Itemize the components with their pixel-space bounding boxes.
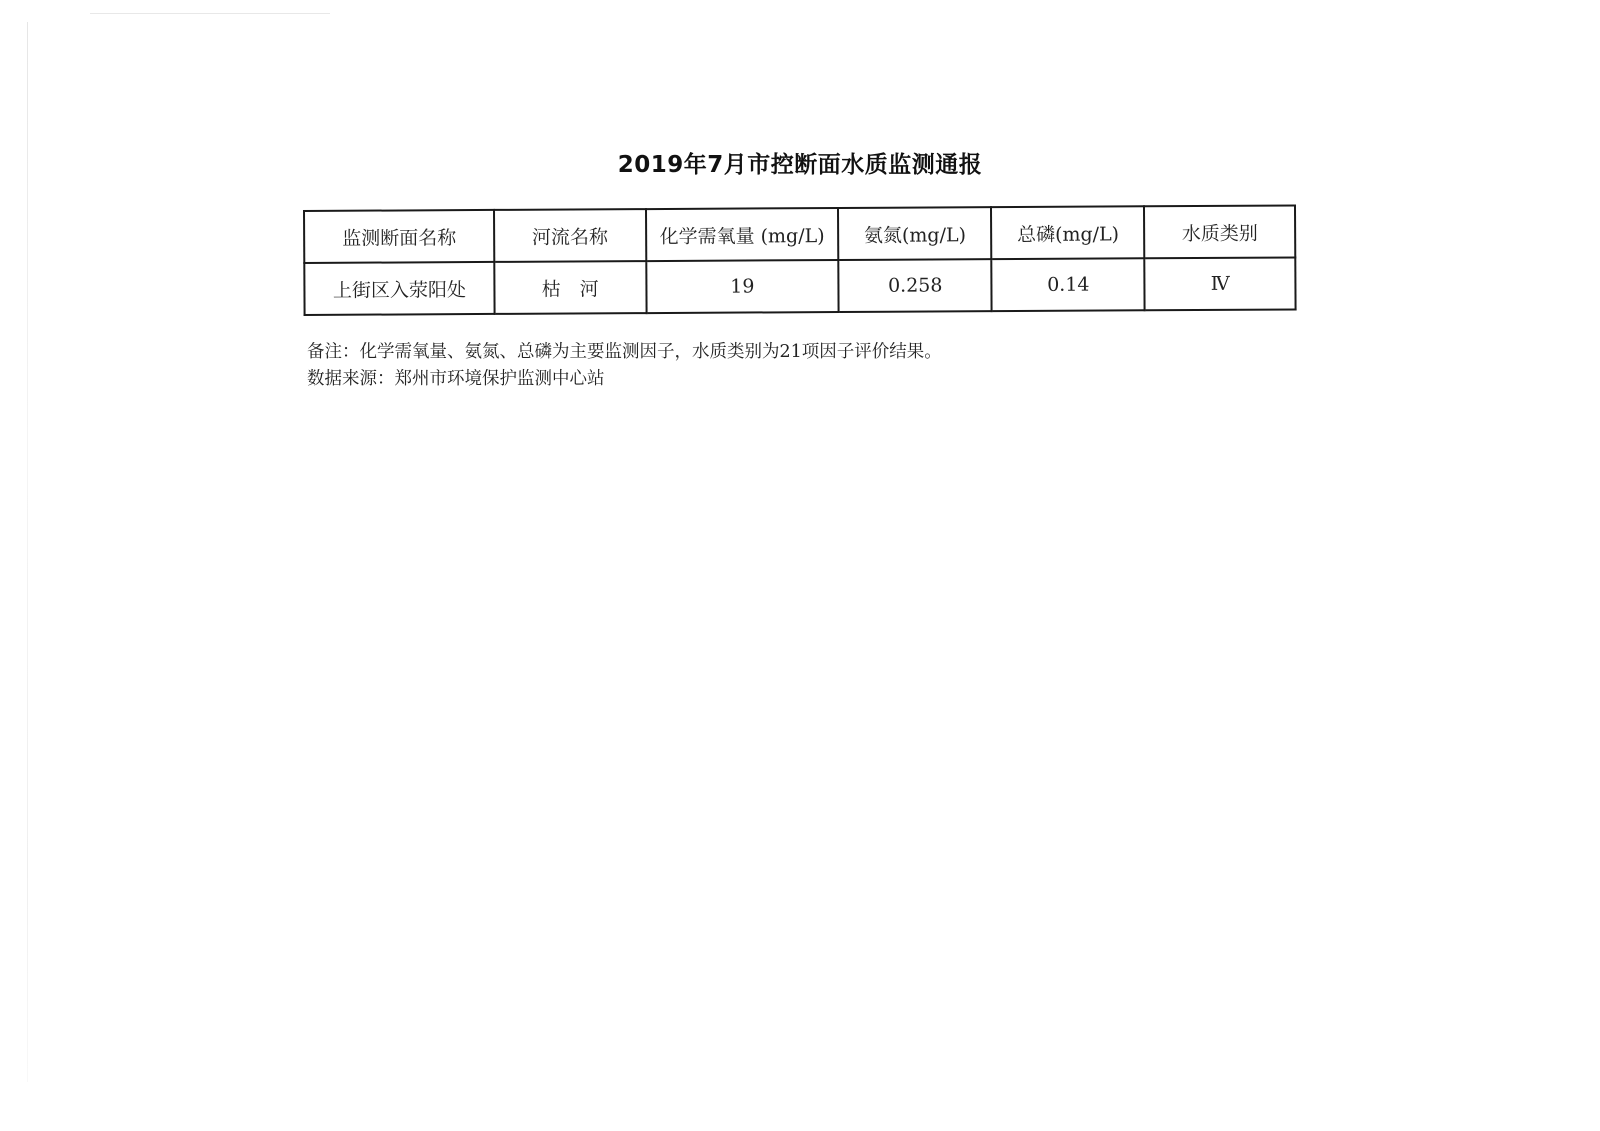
remark-note: 备注：化学需氧量、氨氮、总磷为主要监测因子，水质类别为21项因子评价结果。 [307,339,942,366]
notes-block: 备注：化学需氧量、氨氮、总磷为主要监测因子，水质类别为21项因子评价结果。 数据… [307,339,942,393]
header-section-name: 监测断面名称 [304,210,494,263]
cell-section-name: 上街区入荥阳处 [304,262,494,315]
cell-river-name: 枯 河 [494,261,646,314]
cell-cod: 19 [646,260,839,313]
header-total-phosphorus: 总磷(mg/L) [991,206,1144,259]
scan-edge-artifact [27,22,28,1082]
cell-ammonia-nitrogen: 0.258 [839,259,992,312]
cell-water-quality-class: Ⅳ [1145,257,1296,310]
header-water-quality-class: 水质类别 [1144,205,1295,258]
header-ammonia-nitrogen: 氨氮(mg/L) [838,207,991,260]
table-row: 上街区入荥阳处 枯 河 19 0.258 0.14 Ⅳ [304,257,1295,315]
water-quality-table: 监测断面名称 河流名称 化学需氧量 (mg/L) 氨氮(mg/L) 总磷(mg/… [303,204,1297,316]
header-cod: 化学需氧量 (mg/L) [646,208,839,261]
scan-edge-artifact [90,13,330,14]
header-river-name: 河流名称 [494,209,646,262]
document-title: 2019年7月市控断面水质监测通报 [590,146,1010,179]
data-source-note: 数据来源：郑州市环境保护监测中心站 [307,366,942,393]
cell-total-phosphorus: 0.14 [992,258,1145,311]
table-header-row: 监测断面名称 河流名称 化学需氧量 (mg/L) 氨氮(mg/L) 总磷(mg/… [304,205,1295,263]
